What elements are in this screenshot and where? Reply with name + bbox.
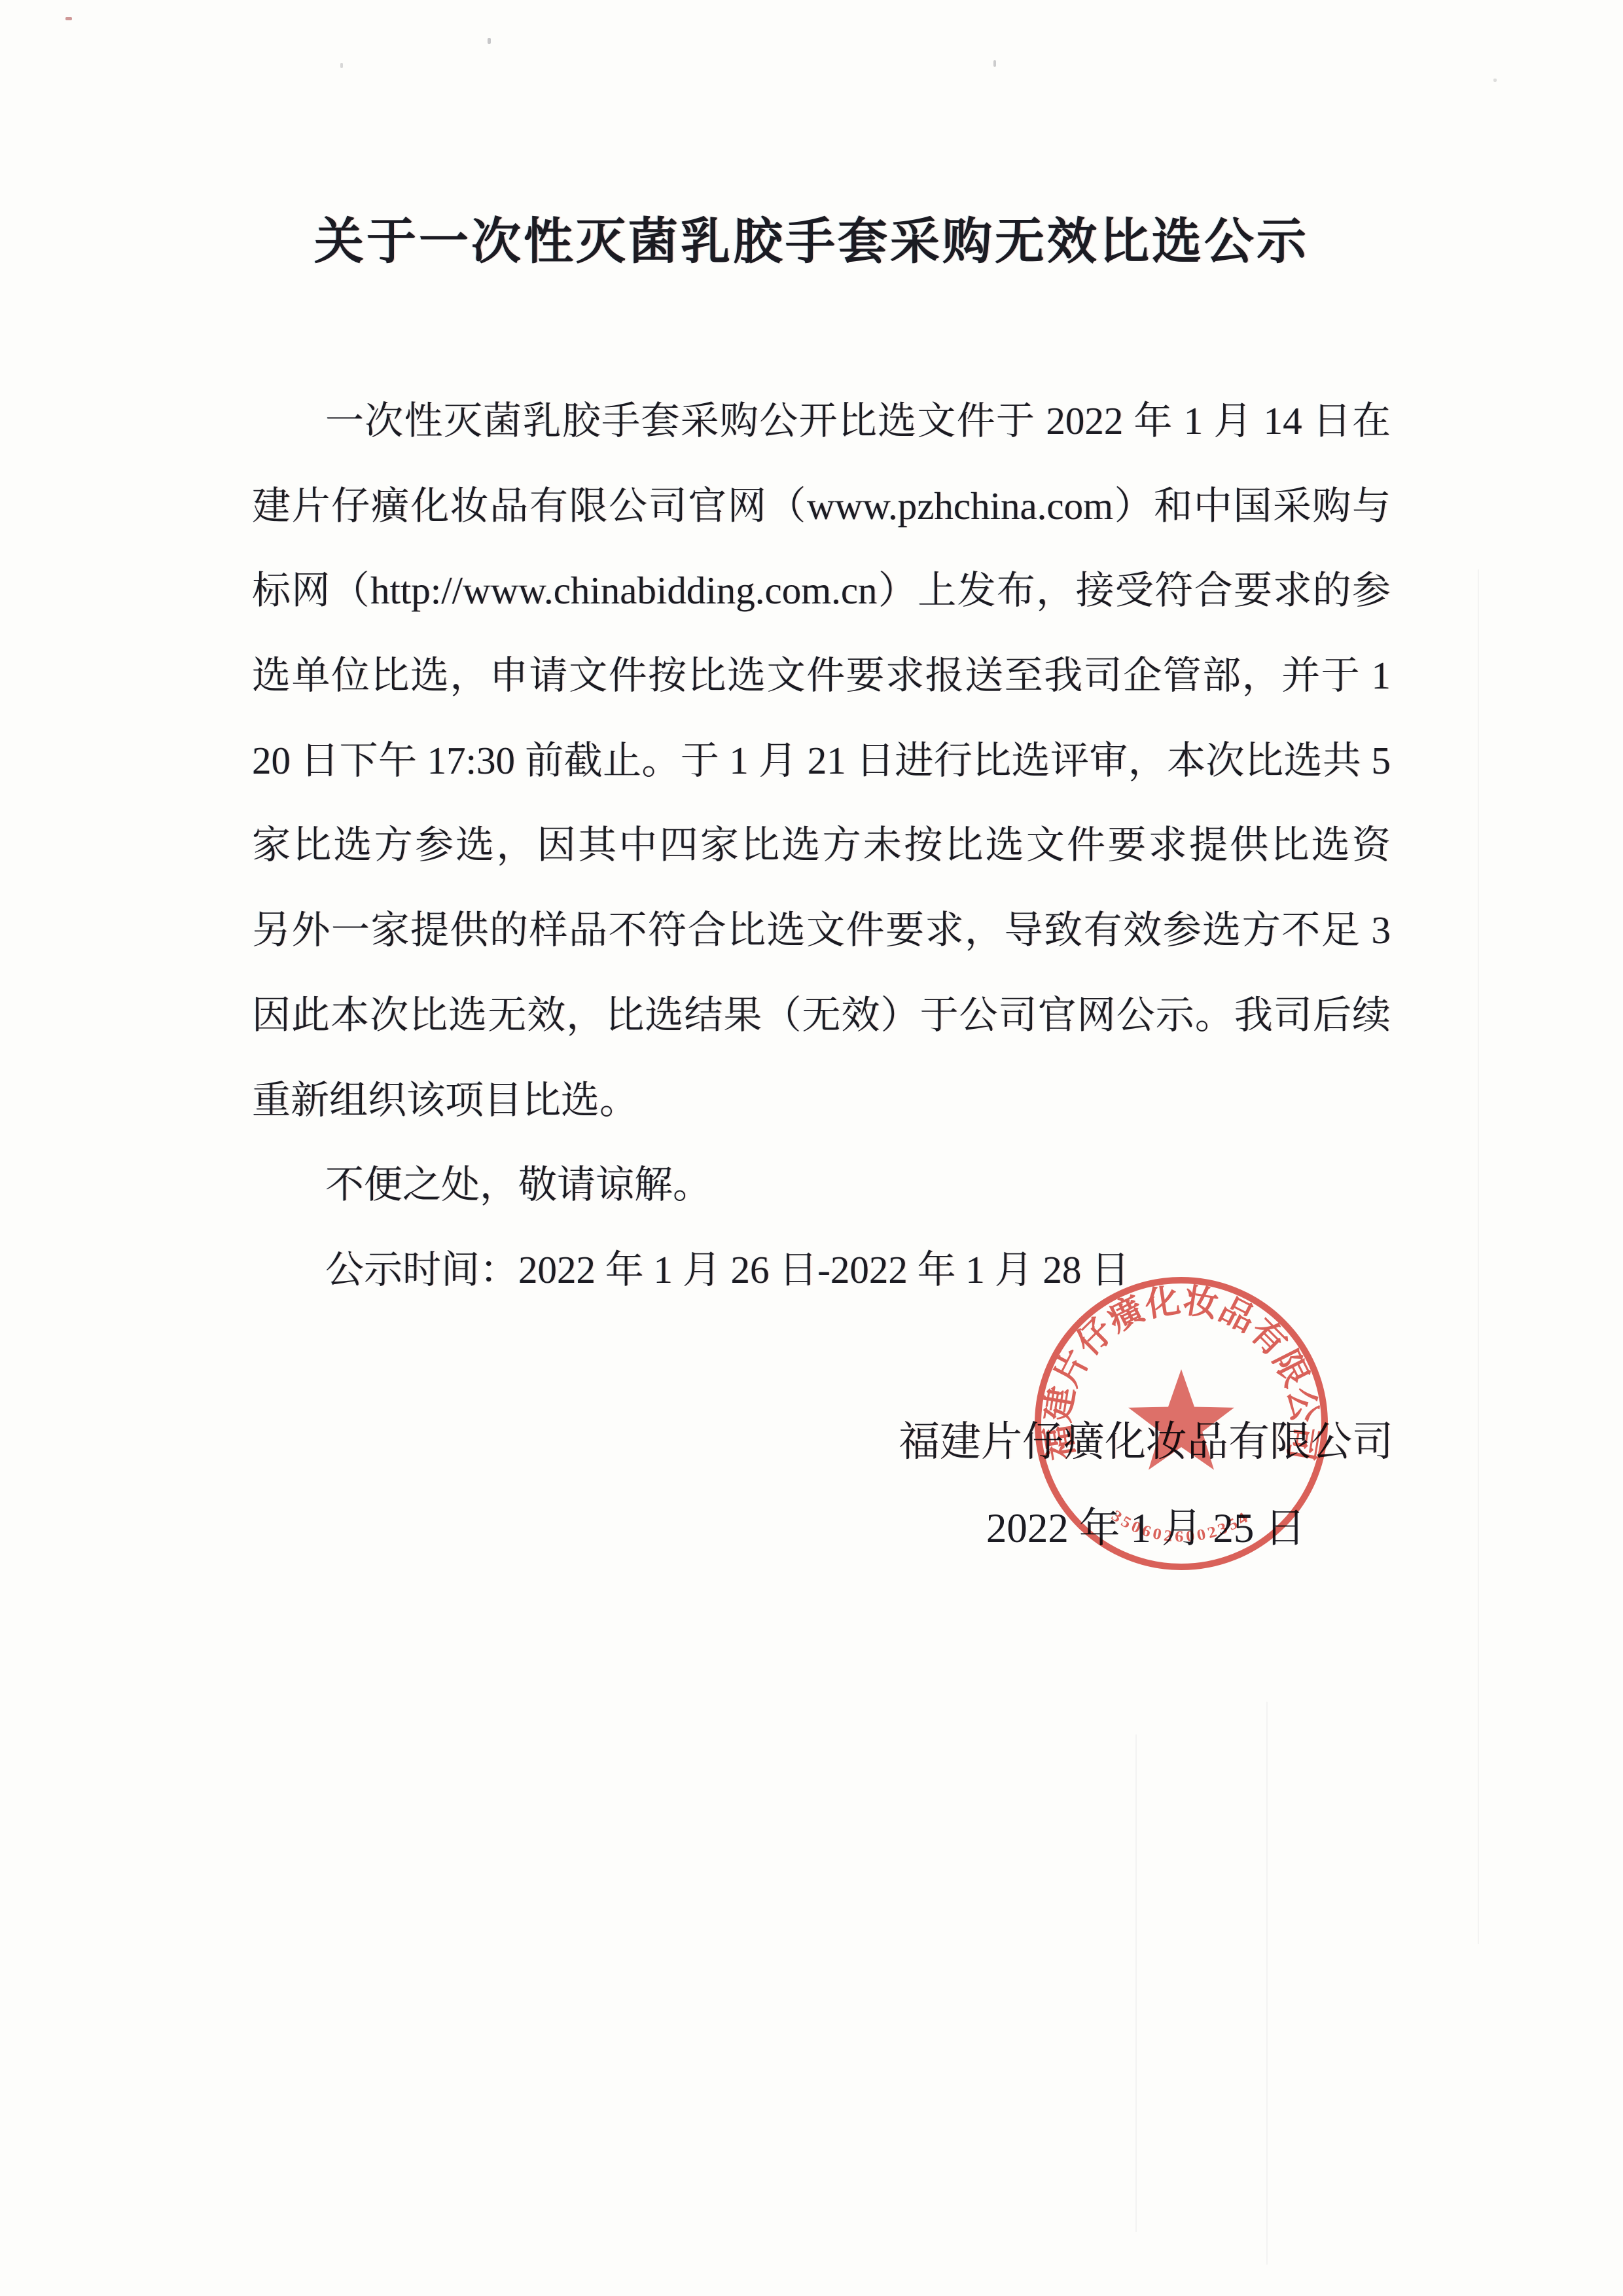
scan-streak — [1478, 569, 1479, 1944]
body-line-8: 因此本次比选无效，比选结果（无效）于公司官网公示。我司后续将 — [252, 986, 1391, 1045]
body-line-3: 标网（http://www.chinabidding.com.cn）上发布，接受… — [252, 561, 1391, 620]
scan-speck — [488, 38, 491, 44]
scan-streak — [1266, 1702, 1268, 2265]
body-line-2: 建片仔癀化妆品有限公司官网（www.pzhchina.com）和中国采购与招 — [252, 476, 1391, 535]
scan-speck — [65, 17, 72, 20]
scan-speck — [993, 60, 996, 67]
document-title: 关于一次性灭菌乳胶手套采购无效比选公示 — [0, 206, 1623, 278]
seal-code-text: 3506026002354 — [1108, 1507, 1253, 1546]
body-line-4: 选单位比选，申请文件按比选文件要求报送至我司企管部，并于 1 月 — [252, 646, 1391, 705]
body-line-7: 另外一家提供的样品不符合比选文件要求，导致有效参选方不足 3 家， — [252, 901, 1391, 960]
body-line-10: 不便之处，敬请谅解。 — [252, 1155, 1391, 1214]
document-page: 关于一次性灭菌乳胶手套采购无效比选公示 一次性灭菌乳胶手套采购公开比选文件于 2… — [0, 0, 1623, 2296]
body-line-9: 重新组织该项目比选。 — [252, 1071, 1391, 1130]
body-line-6: 家比选方参选，因其中四家比选方未按比选文件要求提供比选资料， — [252, 816, 1391, 874]
seal-star — [1128, 1369, 1234, 1470]
scan-streak — [1135, 1734, 1137, 2232]
company-seal: 福建片仔癀化妆品有限公司 3506026002354 — [1031, 1273, 1332, 1574]
scan-speck — [1493, 79, 1497, 82]
body-line-5: 20 日下午 17:30 前截止。于 1 月 21 日进行比选评审，本次比选共 … — [252, 731, 1391, 790]
scan-speck — [340, 63, 343, 68]
body-line-1: 一次性灭菌乳胶手套采购公开比选文件于 2022 年 1 月 14 日在福 — [252, 391, 1391, 450]
